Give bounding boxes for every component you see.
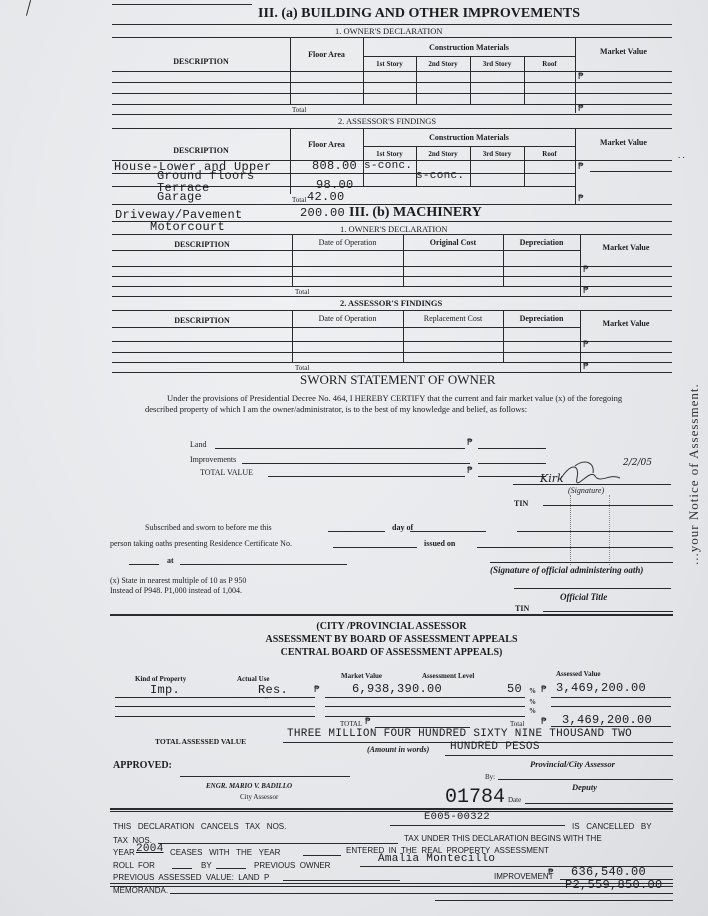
col-assessment-level: Assessment Level xyxy=(422,672,474,680)
peso-icon: ₱ xyxy=(583,340,589,350)
row-description: Motorcourt xyxy=(150,220,225,234)
improvement-value: 636,540.00 xyxy=(571,865,646,879)
col-actual-use: Actual Use xyxy=(237,675,269,683)
total-label: Total xyxy=(295,364,309,372)
col-description: DESCRIPTION xyxy=(112,57,290,66)
top-rule xyxy=(112,4,252,5)
deputy-label: Deputy xyxy=(572,782,597,792)
assessment-title-line-3: CENTRAL BOARD OF ASSESSMENT APPEALS) xyxy=(110,646,673,659)
col-description: DESCRIPTION xyxy=(112,316,292,325)
total-value-label: TOTAL VALUE xyxy=(200,468,253,477)
assessment-title-line-2: ASSESSMENT BY BOARD OF ASSESSMENT APPEAL… xyxy=(110,633,673,646)
percent-sign: % xyxy=(529,707,536,715)
col-3rd-story: 3rd Story xyxy=(470,150,524,158)
memoranda-value: P2,559,850.00 xyxy=(565,878,663,892)
col-construction-materials: Construction Materials xyxy=(363,133,575,142)
peso-icon: ₱ xyxy=(578,72,584,82)
peso-icon: ₱ xyxy=(578,162,584,172)
col-floor-area: Floor Area xyxy=(290,50,363,59)
declaration-number: 01784 xyxy=(445,786,505,809)
cancels-tax-nos-value: E005-00322 xyxy=(424,811,490,823)
signature-label: (Signature) xyxy=(568,486,604,495)
is-cancelled-by-text: IS CANCELLED BY xyxy=(572,822,652,831)
official-signature-label: (Signature of official administering oat… xyxy=(490,565,643,575)
year-value: 2004 xyxy=(136,843,164,855)
col-market-value: Market Value xyxy=(575,47,672,56)
note-line-2: Instead of P948. P1,000 instead of 1,004… xyxy=(110,586,242,595)
percent-sign: % xyxy=(529,687,536,695)
peso-icon: ₱ xyxy=(578,194,584,204)
previous-assessed-value-label: PREVIOUS ASSESSED VALUE: LAND P xyxy=(113,873,269,882)
row-floor-area: 42.00 xyxy=(307,190,345,204)
ceases-text: CEASES WITH THE YEAR xyxy=(170,848,280,857)
col-roof: Roof xyxy=(524,150,575,158)
kind-of-property-value: Imp. xyxy=(150,683,180,697)
total-label: TOTAL xyxy=(340,720,362,728)
col-original-cost: Original Cost xyxy=(403,238,503,247)
by-label: BY xyxy=(201,861,212,870)
peso-icon: ₱ xyxy=(541,717,547,727)
improvement-label: IMPROVEMENT xyxy=(494,872,554,881)
assessment-title: (CITY /PROVINCIAL ASSESSOR ASSESSMENT BY… xyxy=(110,620,673,659)
tax-declaration-page: III. (a) BUILDING AND OTHER IMPROVEMENTS… xyxy=(0,0,708,916)
peso-icon: ₱ xyxy=(467,466,473,476)
residence-text: person taking oaths presenting Residence… xyxy=(110,539,292,548)
col-kind-of-property: Kind of Property xyxy=(135,675,186,683)
col-construction-materials: Construction Materials xyxy=(363,43,575,52)
peso-icon: ₱ xyxy=(578,104,584,114)
improvements-label: Improvements xyxy=(190,455,236,464)
assessment-level-value: 50 xyxy=(507,682,522,696)
assessors-findings-b-title: 2. ASSESSOR'S FINDINGS xyxy=(340,298,442,308)
col-replacement-cost: Replacement Cost xyxy=(403,314,503,323)
col-floor-area: Floor Area xyxy=(290,140,363,149)
roll-for-label: ROLL FOR xyxy=(113,861,155,870)
col-depreciation: Depreciation xyxy=(503,238,580,247)
col-2nd-story: 2nd Story xyxy=(416,60,470,68)
stamp-smudge xyxy=(570,495,610,565)
by-label: By: xyxy=(485,773,495,781)
col-1st-story: 1st Story xyxy=(363,60,416,68)
amount-words-line-2: HUNDRED PESOS xyxy=(450,741,540,753)
row-description: Garage xyxy=(157,190,202,204)
col-roof: Roof xyxy=(524,60,575,68)
assessor-title: City Assessor xyxy=(240,793,278,801)
tin-label-2: TIN xyxy=(515,604,529,613)
peso-icon: ₱ xyxy=(548,868,554,878)
margin-marks: . . xyxy=(678,150,685,160)
stray-pen-mark xyxy=(26,0,32,16)
approved-label: APPROVED: xyxy=(113,760,172,771)
col-description: DESCRIPTION xyxy=(112,146,290,155)
sworn-statement-paragraph: Under the provisions of Presidential Dec… xyxy=(145,393,635,415)
row-2nd-story: s-conc. xyxy=(416,170,464,182)
col-date-of-operation: Date of Operation xyxy=(292,238,403,247)
assessor-role-label: Provincial/City Assessor xyxy=(530,759,615,769)
section-a-title: III. (a) BUILDING AND OTHER IMPROVEMENTS xyxy=(258,6,580,22)
assessment-title-line-1: (CITY /PROVINCIAL ASSESSOR xyxy=(110,620,673,633)
official-title-label: Official Title xyxy=(560,592,607,602)
total-assessed-value: 3,469,200.00 xyxy=(562,713,652,727)
row-1st-story: s-conc. xyxy=(364,160,412,172)
total-label: Total xyxy=(292,196,306,204)
peso-icon: ₱ xyxy=(314,685,320,695)
col-market-value: Market Value xyxy=(341,672,382,680)
previous-owner-value: Amalia Montecillo xyxy=(378,853,495,865)
assessor-name: ENGR. MARIO V. BADILLO xyxy=(206,782,292,790)
cancels-text: THIS DECLARATION CANCELS TAX NOS. xyxy=(113,822,286,831)
peso-icon: ₱ xyxy=(583,265,589,275)
note-line-1: (x) State in nearest multiple of 10 as P… xyxy=(110,576,246,585)
assessed-value-value: 3,469,200.00 xyxy=(556,681,646,695)
peso-icon: ₱ xyxy=(583,362,589,372)
sworn-statement-title: SWORN STATEMENT OF OWNER xyxy=(300,372,496,388)
peso-icon: ₱ xyxy=(365,717,371,727)
peso-icon: ₱ xyxy=(583,286,589,296)
year-label: YEAR xyxy=(113,848,135,857)
issued-on-label: issued on xyxy=(424,539,455,548)
date-label: Date xyxy=(508,796,521,804)
col-depreciation: Depreciation xyxy=(503,314,580,323)
row-floor-area: 200.00 xyxy=(300,206,345,220)
col-2nd-story: 2nd Story xyxy=(416,150,470,158)
col-3rd-story: 3rd Story xyxy=(470,60,524,68)
subscribed-text: Subscribed and sworn to before me this xyxy=(145,523,272,532)
col-market-value: Market Value xyxy=(580,243,672,252)
row-floor-area: 808.00 xyxy=(312,159,357,173)
col-description: DESCRIPTION xyxy=(112,240,292,249)
signature-date: 2/2/05 xyxy=(623,458,652,468)
total-label: Total xyxy=(510,720,524,728)
total-assessed-value-label: TOTAL ASSESSED VALUE xyxy=(155,737,246,746)
amount-words-line-1: THREE MILLION FOUR HUNDRED SIXTY NINE TH… xyxy=(287,728,632,740)
at-label: at xyxy=(167,556,174,565)
total-label: Total xyxy=(292,106,306,114)
actual-use-value: Res. xyxy=(258,683,288,697)
assessors-findings-a-title: 2. ASSESSOR'S FINDINGS xyxy=(338,116,436,126)
col-market-value: Market Value xyxy=(575,138,672,147)
ditto-mark: " xyxy=(265,696,268,704)
col-assessed-value: Assessed Value xyxy=(556,670,601,678)
percent-sign: % xyxy=(529,698,536,706)
amount-words-label: (Amount in words) xyxy=(367,745,429,754)
col-1st-story: 1st Story xyxy=(363,150,416,158)
section-b-title: III. (b) MACHINERY xyxy=(349,205,482,221)
peso-icon: ₱ xyxy=(467,438,473,448)
col-date-of-operation: Date of Operation xyxy=(292,314,403,323)
owners-declaration-b-title: 1. OWNER'S DECLARATION xyxy=(340,224,448,234)
tin-label: TIN xyxy=(514,499,528,508)
market-value-value: 6,938,390.00 xyxy=(352,682,442,696)
total-label: Total xyxy=(295,288,309,296)
previous-owner-label: PREVIOUS OWNER xyxy=(254,861,330,870)
tax-begins-text: TAX UNDER THIS DECLARATION BEGINS WITH T… xyxy=(404,834,602,843)
owners-declaration-a-title: 1. OWNER'S DECLARATION xyxy=(335,26,443,36)
land-label: Land xyxy=(190,440,206,449)
memoranda-label: MEMORANDA. xyxy=(113,886,168,895)
peso-icon: ₱ xyxy=(541,685,547,695)
col-market-value: Market Value xyxy=(580,319,672,328)
margin-notice-text: ...your Notice of Assessment. xyxy=(686,383,702,565)
